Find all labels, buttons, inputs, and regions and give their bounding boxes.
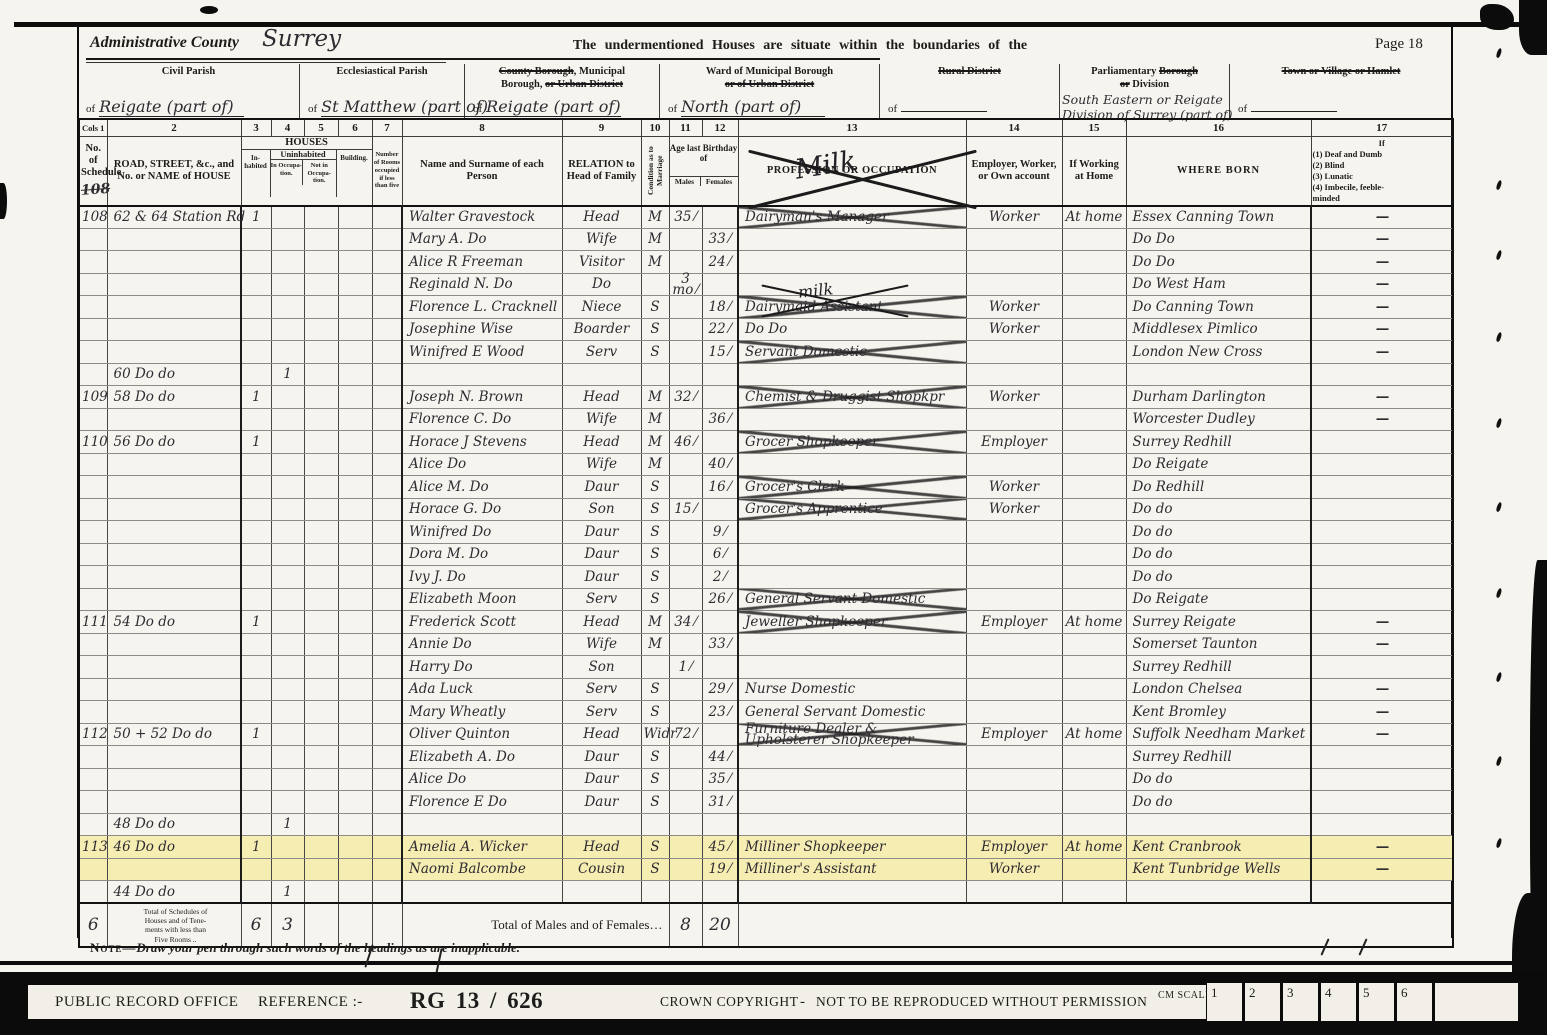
cell-name-value: Naomi Balcombe (409, 861, 526, 877)
cell-not-in-occupation (304, 633, 338, 656)
cell-condition: S (641, 543, 669, 566)
cell-at-home (1062, 273, 1126, 296)
house-row: 44 Do do1 (79, 881, 1453, 904)
cell-condition-value: S (650, 479, 659, 495)
cell-age-female (702, 813, 738, 836)
cell-age-female: 22 (702, 318, 738, 341)
cell-employer: Worker (966, 476, 1062, 499)
cell-rooms (372, 611, 402, 634)
cell-condition-value: S (650, 704, 659, 720)
ward-box: Ward of Municipal Borough or of Urban Di… (660, 64, 880, 118)
cell-inhabited-value: 1 (252, 726, 261, 742)
cell-at-home: At home (1062, 206, 1126, 229)
cell-age-male (669, 566, 702, 589)
cell-condition: S (641, 678, 669, 701)
cell-age-female-value: 45 (709, 839, 731, 855)
cell-in-occupation (271, 521, 304, 544)
cm-ruler-tick: 1 (1206, 981, 1244, 1023)
cell-at-home: At home (1062, 611, 1126, 634)
cell-address (107, 228, 241, 251)
cell-age-female: 35 (702, 768, 738, 791)
cell-occupation-value: General Servant Domestic (745, 704, 925, 720)
cell-occupation: General Servant Domestic (738, 588, 966, 611)
cell-relation: Do (562, 273, 641, 296)
cell-relation-value: Wife (586, 411, 617, 427)
cell-address (107, 273, 241, 296)
cell-at-home (1062, 408, 1126, 431)
cell-employer (966, 251, 1062, 274)
cell-infirmity (1311, 768, 1453, 791)
cell-born: Kent Bromley (1126, 701, 1311, 724)
cell-rooms (372, 836, 402, 859)
cell-in-occupation (271, 251, 304, 274)
cell-occupation: Furniture Dealer & Upholsterer Shopkeepe… (738, 723, 966, 746)
cell-condition-value: M (648, 231, 662, 247)
cell-inhabited (241, 228, 271, 251)
cell-at-home (1062, 296, 1126, 319)
cell-relation-value: Niece (582, 299, 622, 315)
col-header-in-occupation: In Occupa-tion. (271, 160, 304, 184)
person-row: Elizabeth A. DoDaurS44Surrey Redhill (79, 746, 1453, 769)
scan-artifact (1480, 4, 1514, 30)
column-number: 14 (966, 119, 1062, 136)
cell-in-occupation (271, 611, 304, 634)
cell-in-occupation-value: 1 (283, 884, 292, 900)
cell-occupation-value: Furniture Dealer & Upholsterer Shopkeepe… (745, 721, 914, 748)
cell-inhabited (241, 318, 271, 341)
cell-condition: S (641, 836, 669, 859)
cell-relation: Serv (562, 701, 641, 724)
cell-infirmity (1311, 521, 1453, 544)
cell-relation: Wife (562, 633, 641, 656)
cell-occupation-value: Chemist & Druggist Shopkpr (745, 389, 944, 405)
cell-inhabited (241, 296, 271, 319)
cell-employer (966, 633, 1062, 656)
cell-in-occupation (271, 836, 304, 859)
cell-employer (966, 408, 1062, 431)
cell-in-occupation (271, 566, 304, 589)
cell-inhabited (241, 476, 271, 499)
cell-born: Do Do (1126, 251, 1311, 274)
cell-occupation (738, 566, 966, 589)
cell-not-in-occupation (304, 858, 338, 881)
cell-relation-value: Head (583, 839, 619, 855)
cell-employer: Worker (966, 318, 1062, 341)
cell-employer-value: Worker (989, 321, 1039, 337)
cell-inhabited (241, 813, 271, 836)
cell-age-male (669, 363, 702, 386)
cell-name: Florence C. Do (402, 408, 562, 431)
cell-not-in-occupation (304, 566, 338, 589)
civil-parish-label: Civil Parish (78, 66, 299, 79)
cell-age-female: 15 (702, 341, 738, 364)
cell-schedule (79, 341, 107, 364)
cell-age-male: 72 (669, 723, 702, 746)
person-row: Florence E DoDaurS31Do do (79, 791, 1453, 814)
rural-district-box: Rural District of (880, 64, 1060, 118)
cell-rooms (372, 858, 402, 881)
cell-schedule-value: 109 (82, 389, 108, 405)
cell-rooms (372, 633, 402, 656)
cell-not-in-occupation (304, 588, 338, 611)
cell-at-home (1062, 476, 1126, 499)
cell-building (338, 386, 372, 409)
cell-age-female (702, 723, 738, 746)
cell-address (107, 566, 241, 589)
cell-in-occupation (271, 543, 304, 566)
cell-name: Mary A. Do (402, 228, 562, 251)
cell-schedule (79, 746, 107, 769)
cell-relation: Daur (562, 543, 641, 566)
civil-parish-box: Civil Parish of Reigate (part of) (78, 64, 300, 118)
cell-age-male-value: 46 (674, 434, 696, 450)
situate-line: The undermentioned Houses are situate wi… (560, 38, 1040, 54)
cell-not-in-occupation (304, 746, 338, 769)
cell-born-value: Do Canning Town (1133, 299, 1254, 315)
cell-employer (966, 881, 1062, 904)
cell-born: Middlesex Pimlico (1126, 318, 1311, 341)
cell-condition-value: S (650, 749, 659, 765)
column-number: 12 (702, 119, 738, 136)
cell-not-in-occupation (304, 296, 338, 319)
cell-age-male: 1 (669, 656, 702, 679)
cell-address (107, 296, 241, 319)
cell-at-home (1062, 791, 1126, 814)
cell-age-female-value: 23 (709, 704, 731, 720)
cell-building (338, 273, 372, 296)
cell-building (338, 363, 372, 386)
cell-rooms (372, 408, 402, 431)
cell-inhabited-value: 1 (252, 209, 261, 225)
column-number: 8 (402, 119, 562, 136)
cell-occupation (738, 251, 966, 274)
cell-occupation: Chemist & Druggist Shopkpr (738, 386, 966, 409)
cell-address (107, 318, 241, 341)
cell-inhabited (241, 273, 271, 296)
cell-name-value: Horace J Stevens (409, 434, 527, 450)
cell-born: Do do (1126, 768, 1311, 791)
cell-condition-value: M (648, 456, 662, 472)
cell-born: Suffolk Needham Market (1126, 723, 1311, 746)
cell-age-male (669, 476, 702, 499)
total-males: 8 (669, 903, 702, 947)
cell-not-in-occupation (304, 476, 338, 499)
cell-condition: S (641, 476, 669, 499)
cell-age-male (669, 678, 702, 701)
cell-age-male-value: 34 (674, 614, 696, 630)
cell-building (338, 431, 372, 454)
cell-infirmity: — (1311, 858, 1453, 881)
cell-building (338, 206, 372, 229)
form-note: Note—Draw your pen through such words of… (90, 940, 520, 956)
cell-condition: M (641, 431, 669, 454)
cm-ruler-end (1434, 981, 1520, 1023)
cell-condition: M (641, 633, 669, 656)
cell-at-home (1062, 521, 1126, 544)
cell-employer (966, 813, 1062, 836)
cell-schedule (79, 408, 107, 431)
cell-name-value: Josephine Wise (409, 321, 513, 337)
cell-relation-value: Do (592, 276, 611, 292)
cell-relation: Visitor (562, 251, 641, 274)
cell-employer (966, 273, 1062, 296)
cell-in-occupation (271, 341, 304, 364)
cell-schedule: 112 (79, 723, 107, 746)
cell-inhabited-value: 1 (252, 839, 261, 855)
person-row: Annie DoWifeM33Somerset Taunton— (79, 633, 1453, 656)
cell-name-value: Dora M. Do (409, 546, 488, 562)
cell-not-in-occupation (304, 881, 338, 904)
cell-relation: Serv (562, 588, 641, 611)
cell-in-occupation-value: 1 (283, 366, 292, 382)
cell-rooms (372, 746, 402, 769)
cell-name: Elizabeth A. Do (402, 746, 562, 769)
cell-building (338, 746, 372, 769)
cell-rooms (372, 273, 402, 296)
cell-infirmity (1311, 431, 1453, 454)
cell-occupation-value: Milliner's Assistant (745, 861, 877, 877)
cell-relation: Head (562, 206, 641, 229)
cell-age-male (669, 251, 702, 274)
cell-infirmity: — (1311, 701, 1453, 724)
cell-age-male-value: 1 (679, 659, 693, 675)
cell-age-female: 18 (702, 296, 738, 319)
permission-label: NOT TO BE REPRODUCED WITHOUT PERMISSION (816, 994, 1147, 1010)
scan-artifact (200, 6, 218, 14)
cell-age-male-value: 32 (674, 389, 696, 405)
cell-condition-value: S (650, 344, 659, 360)
cell-employer-value: Worker (989, 479, 1039, 495)
cell-relation-value: Daur (584, 524, 618, 540)
cell-at-home-value: At home (1066, 614, 1123, 630)
person-row: Mary A. DoWifeM33Do Do— (79, 228, 1453, 251)
cell-occupation: Grocer's Apprentice (738, 498, 966, 521)
person-row: Harry DoSon1Surrey Redhill (79, 656, 1453, 679)
cell-address: 62 & 64 Station Rd (107, 206, 241, 229)
cell-relation-value: Daur (584, 794, 618, 810)
cell-inhabited (241, 791, 271, 814)
cell-address: 54 Do do (107, 611, 241, 634)
cell-age-male: 32 (669, 386, 702, 409)
cell-infirmity-value: — (1376, 209, 1389, 225)
cell-employer: Employer (966, 723, 1062, 746)
cell-name: Amelia A. Wicker (402, 836, 562, 859)
cell-schedule (79, 588, 107, 611)
municipal-borough-value: Reigate (part of) (486, 99, 620, 117)
cell-rooms (372, 453, 402, 476)
cell-not-in-occupation (304, 678, 338, 701)
column-numbers-row: Cols 1234567891011121314151617 (79, 119, 1453, 136)
cell-age-female: 33 (702, 228, 738, 251)
cell-infirmity-value: — (1376, 389, 1389, 405)
cell-in-occupation: 1 (271, 813, 304, 836)
cell-name-value: Annie Do (409, 636, 472, 652)
cell-born-value: Surrey Reigate (1133, 614, 1236, 630)
footer-strip: PUBLIC RECORD OFFICE REFERENCE :- RG 13 … (28, 983, 1520, 1019)
cell-relation-value: Head (583, 209, 619, 225)
cell-age-male-value: 3 mo (672, 271, 698, 298)
separator-dash: - (800, 994, 806, 1011)
cell-relation-value: Daur (584, 546, 618, 562)
cell-employer: Employer (966, 836, 1062, 859)
column-number: 13 (738, 119, 966, 136)
cell-occupation (738, 273, 966, 296)
cell-in-occupation (271, 318, 304, 341)
cell-age-female (702, 656, 738, 679)
person-row: Elizabeth MoonServS26General Servant Dom… (79, 588, 1453, 611)
cell-born-value: Do Reigate (1133, 456, 1209, 472)
cell-at-home (1062, 701, 1126, 724)
cell-at-home-value: At home (1066, 839, 1123, 855)
cell-schedule (79, 318, 107, 341)
cell-infirmity-value: — (1376, 299, 1389, 315)
cell-inhabited-value: 1 (252, 389, 261, 405)
person-row: Ada LuckServS29Nurse DomesticLondon Chel… (79, 678, 1453, 701)
cell-address (107, 521, 241, 544)
cell-schedule (79, 701, 107, 724)
scan-artifact (1496, 180, 1503, 191)
cell-age-male (669, 296, 702, 319)
cell-building (338, 453, 372, 476)
cell-age-male (669, 341, 702, 364)
cell-schedule (79, 273, 107, 296)
cell-condition: S (641, 566, 669, 589)
column-number: 11 (669, 119, 702, 136)
cell-not-in-occupation (304, 813, 338, 836)
cell-condition: S (641, 318, 669, 341)
cell-building (338, 836, 372, 859)
col-header-employer: Employer, Worker, or Own account (966, 136, 1062, 206)
cell-age-female-value: 2 (713, 569, 727, 585)
cell-inhabited (241, 701, 271, 724)
house-row: 48 Do do1 (79, 813, 1453, 836)
cell-address (107, 746, 241, 769)
col-header-relation: RELATION to Head of Family (562, 136, 641, 206)
cell-condition (641, 363, 669, 386)
cell-not-in-occupation (304, 723, 338, 746)
cell-condition (641, 656, 669, 679)
cell-age-male: 35 (669, 206, 702, 229)
cell-age-male (669, 746, 702, 769)
cell-address (107, 543, 241, 566)
column-number: 7 (372, 119, 402, 136)
cell-born: Do Reigate (1126, 453, 1311, 476)
cell-born: Do do (1126, 566, 1311, 589)
cell-condition: S (641, 701, 669, 724)
cell-occupation-value: Nurse Domestic (745, 681, 855, 697)
cell-address: 48 Do do (107, 813, 241, 836)
cell-infirmity: — (1311, 228, 1453, 251)
note-text: Draw your pen through such words of the … (136, 940, 520, 955)
cell-infirmity: — (1311, 611, 1453, 634)
cell-building (338, 678, 372, 701)
cell-born-value: London Chelsea (1133, 681, 1243, 697)
cell-schedule (79, 228, 107, 251)
cell-address-value: 58 Do do (114, 389, 175, 405)
cell-relation: Head (562, 386, 641, 409)
cell-not-in-occupation (304, 836, 338, 859)
cell-relation-value: Serv (586, 344, 617, 360)
cell-occupation (738, 408, 966, 431)
cell-occupation-value: Milliner Shopkeeper (745, 839, 885, 855)
cell-schedule (79, 791, 107, 814)
cell-in-occupation (271, 768, 304, 791)
cell-address: 58 Do do (107, 386, 241, 409)
cell-born: Surrey Redhill (1126, 746, 1311, 769)
cell-born-value: Kent Bromley (1133, 704, 1226, 720)
cell-employer: Worker (966, 498, 1062, 521)
col-header-at-home: If Working at Home (1062, 136, 1126, 206)
cell-address (107, 633, 241, 656)
cell-relation-value: Serv (586, 681, 617, 697)
cell-age-male: 34 (669, 611, 702, 634)
cell-relation-value: Serv (586, 704, 617, 720)
cell-employer-value: Employer (981, 839, 1047, 855)
cell-born: Do Reigate (1126, 588, 1311, 611)
cell-in-occupation (271, 431, 304, 454)
cell-at-home (1062, 341, 1126, 364)
person-row: 10862 & 64 Station Rd1Walter GravestockH… (79, 206, 1453, 229)
cell-age-male (669, 768, 702, 791)
cell-schedule (79, 453, 107, 476)
cell-at-home: At home (1062, 723, 1126, 746)
cell-infirmity: — (1311, 296, 1453, 319)
cell-name: Dora M. Do (402, 543, 562, 566)
cell-employer (966, 543, 1062, 566)
cell-age-female (702, 611, 738, 634)
cell-name: Reginald N. Do (402, 273, 562, 296)
cell-born-value: Durham Darlington (1133, 389, 1266, 405)
cell-address (107, 656, 241, 679)
cell-condition-value: M (648, 636, 662, 652)
civil-parish-value: Reigate (part of) (99, 99, 244, 117)
cell-employer (966, 768, 1062, 791)
cell-age-male (669, 633, 702, 656)
cell-infirmity (1311, 453, 1453, 476)
cell-inhabited: 1 (241, 836, 271, 859)
admin-county-label: Administrative County (90, 34, 239, 52)
cell-at-home (1062, 656, 1126, 679)
cell-in-occupation (271, 588, 304, 611)
cell-address: 56 Do do (107, 431, 241, 454)
cell-age-female-value: 26 (709, 591, 731, 607)
cell-infirmity (1311, 543, 1453, 566)
cell-age-male (669, 813, 702, 836)
cell-age-female: 9 (702, 521, 738, 544)
cell-condition-value: M (648, 254, 662, 270)
cell-rooms (372, 543, 402, 566)
cell-address (107, 476, 241, 499)
cell-born: Do West Ham (1126, 273, 1311, 296)
cell-born-value: Surrey Redhill (1133, 659, 1232, 675)
cell-employer (966, 566, 1062, 589)
cell-condition-value: S (650, 861, 659, 877)
cell-not-in-occupation (304, 453, 338, 476)
cell-building (338, 723, 372, 746)
cell-occupation (738, 791, 966, 814)
municipal-borough-label: County Borough, Municipal Borough, or Ur… (465, 66, 659, 91)
cell-not-in-occupation (304, 521, 338, 544)
cell-at-home (1062, 498, 1126, 521)
cell-name: Winifred Do (402, 521, 562, 544)
cell-age-female: 16 (702, 476, 738, 499)
cell-building (338, 611, 372, 634)
cell-name-value: Elizabeth Moon (409, 591, 516, 607)
cell-name: Walter Gravestock (402, 206, 562, 229)
cell-employer (966, 678, 1062, 701)
cell-born: Somerset Taunton (1126, 633, 1311, 656)
cell-age-female (702, 881, 738, 904)
